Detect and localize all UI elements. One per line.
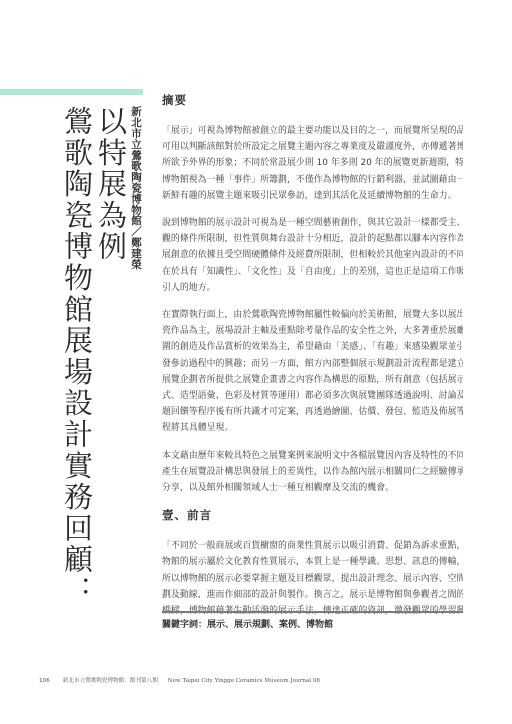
- abstract-paragraph-1: 「展示」可視為博物館被創立的最主要功能以及目的之一，而展覽所呈現的品質除 可用以…: [162, 123, 463, 204]
- text-line: 展創意的依據且受空間硬體條件及經費所限制，但相較於其他室內設計的不同點: [162, 247, 463, 263]
- page-number: 106: [39, 678, 61, 684]
- text-line: 劃及動線，進而作細部的設計與製作。換言之，展示是博物館與參觀者之間的: [162, 587, 463, 603]
- text-line: 在實際執行面上，由於鶯歌陶瓷博物館屬性較偏向於美術館，展覽大多以展出陶: [162, 307, 463, 323]
- page-footer: 106 新北市立鶯歌陶瓷博物館．館刊第八期 New Taipei City Yi…: [39, 676, 320, 684]
- text-line: 引人的地方。: [162, 280, 463, 296]
- text-line: 在於具有「知識性」、「文化性」及「自由度」上的差別，這也正是這項工作吸: [162, 264, 463, 280]
- introduction-paragraph-1: 「不同於一般商展或百貨櫥窗的商業性質展示以吸引消費、促銷為訴求重點，博 物館的展…: [162, 538, 463, 619]
- abstract-paragraph-4: 本文藉由歷年來較具特色之展覽案例來說明文中各檔展覽因內容及特性的不同所 產生在展…: [162, 448, 463, 497]
- text-line: 產生在展覽設計構思與發展上的差異性，以作為館內展示相關同仁之經驗傳承及: [162, 464, 463, 480]
- article-subtitle: 以特展為例: [94, 106, 128, 263]
- text-line: 說到博物館的展示設計可視為是一種空間藝術創作，與其它設計一樣都受主、客: [162, 215, 463, 231]
- text-line: 所以博物館的展示必要掌握主題及目標觀眾，提出設計理念、展示內容、空間規: [162, 571, 463, 587]
- text-line: 「展示」可視為博物館被創立的最主要功能以及目的之一，而展覽所呈現的品質除: [162, 123, 463, 139]
- keywords-line: 關鍵字詞：展示、展示規劃、案例、博物館: [162, 617, 333, 630]
- text-line: 博物館視為一種「事件」所籌劃，不僅作為博物館的行銷利器，並試圖藉由一連串: [162, 172, 463, 188]
- author-affiliation: 新北市立鶯歌陶瓷博物館／鄭建榮: [130, 106, 142, 270]
- journal-name-en: New Taipei City Yingge Ceramics Museum J…: [168, 678, 320, 684]
- accent-bar: [0, 89, 143, 95]
- text-line: 觀的條件所限制，但性質與舞台設計十分相近，設計的起點都以腳本內容作為發: [162, 231, 463, 247]
- text-line: 圍的創造及作品賞析的效果為主，希望藉由「美感」、「有趣」來感染觀眾並引: [162, 339, 463, 355]
- introduction-heading: 壹、前言: [162, 507, 463, 523]
- abstract-paragraph-2: 說到博物館的展示設計可視為是一種空間藝術創作，與其它設計一樣都受主、客 觀的條件…: [162, 215, 463, 296]
- text-line: 可用以判斷該館對於所設定之展覽主題內容之專業度及嚴謹度外，亦傳遞著博物館: [162, 139, 463, 155]
- text-line: 分享，以及館外相關領域人士一種互相觀摩及交流的機會。: [162, 480, 463, 496]
- text-line: 所欲予外界的形象；不同於常設展少則 10 年多則 20 年的展覽更新週期，特展常…: [162, 155, 463, 171]
- article-title: 鶯歌陶瓷博物館展場設計實務回顧：: [60, 106, 94, 607]
- text-line: 發參訪過程中的興趣；而另一方面，館方內部整個展示規劃設計流程都是建立在: [162, 356, 463, 372]
- text-line: 物館的展示屬於文化教育性質展示，本質上是一種學識、思想、訊息的傳輸，……: [162, 554, 463, 570]
- text-line: 本文藉由歷年來較具特色之展覽案例來說明文中各檔展覽因內容及特性的不同所: [162, 448, 463, 464]
- article-body: 摘要 「展示」可視為博物館被創立的最主要功能以及目的之一，而展覽所呈現的品質除 …: [162, 92, 463, 630]
- keywords-divider: [162, 611, 463, 613]
- abstract-paragraph-3: 在實際執行面上，由於鶯歌陶瓷博物館屬性較偏向於美術館，展覽大多以展出陶 瓷作品為…: [162, 307, 463, 437]
- abstract-heading: 摘要: [162, 92, 463, 108]
- text-line: 題回饋等程序後有所共識才可定案，再透過繪圖、估價、發包、監造及佈展等流: [162, 404, 463, 420]
- text-line: 「不同於一般商展或百貨櫥窗的商業性質展示以吸引消費、促銷為訴求重點，博: [162, 538, 463, 554]
- text-line: 程將其具體呈現。: [162, 420, 463, 436]
- text-line: 瓷作品為主，展場設計主軸及重點除考量作品的安全性之外，大多著重於展廳氛: [162, 323, 463, 339]
- journal-name-zh: 新北市立鶯歌陶瓷博物館．館刊第八期: [63, 678, 158, 684]
- text-line: 展覽企劃者所提供之展覽企畫書之內容作為構思的原點，所有創意（包括展示方: [162, 372, 463, 388]
- text-line: 式、造型語彙、色彩及材質等運用）都必須多次與展覽團隊透過說明、討論及問: [162, 388, 463, 404]
- text-line: 新鮮有趣的展覽主題來吸引民眾參訪，達到其活化及延續博物館的生命力。: [162, 188, 463, 204]
